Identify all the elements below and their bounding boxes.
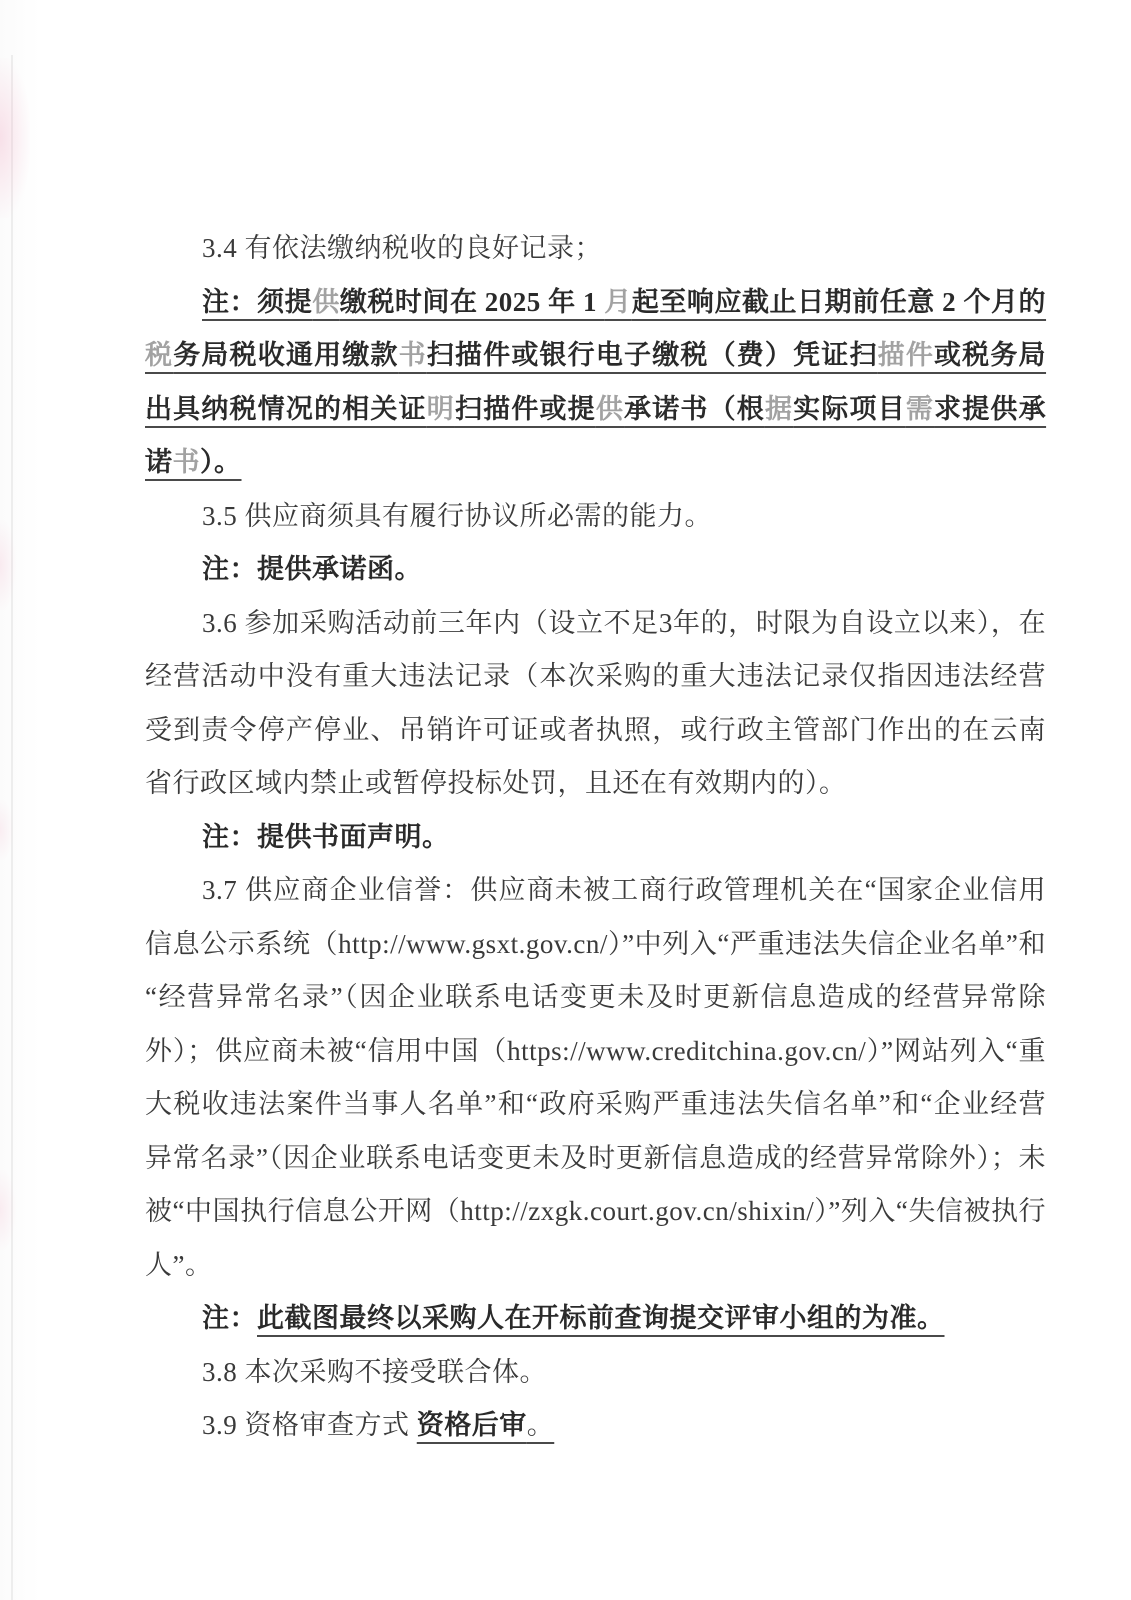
text-segment: 3.9 资格审查方式 [202, 1410, 417, 1440]
text-segment: 需 [906, 394, 934, 424]
text-segment: 供 [312, 287, 340, 317]
text-segment: 扫描件或提 [455, 394, 596, 424]
text-segment: 务局税收通用缴款 [173, 340, 398, 370]
text-segment: 书 [399, 340, 427, 370]
text-segment: 缴税时间在 2025 年 1 [340, 287, 604, 317]
text-segment: 注：提供书面声明。 [202, 822, 450, 852]
text-segment: ）。 [200, 447, 242, 477]
text-segment: 此截图最终以采购人在开标前查询提交评审小组的为准。 [257, 1303, 945, 1333]
text-segment: 3.4 有依法缴纳税收的良好记录； [202, 233, 602, 263]
scan-smudge [0, 58, 30, 218]
text-segment: 注： [202, 1303, 257, 1333]
clause-3-5: 3.5 供应商须具有履行协议所必需的能力。 [145, 490, 1046, 544]
note-tax-payment-proof: 注：须提供缴税时间在 2025 年 1 月起至响应截止日期前任意 2 个月的税务… [145, 276, 1046, 490]
text-segment: 注：提供承诺函。 [202, 554, 422, 584]
note-written-statement: 注：提供书面声明。 [145, 811, 1046, 865]
text-segment: 月 [604, 287, 632, 317]
text-segment: 明 [427, 394, 455, 424]
text-segment: 书 [173, 447, 201, 477]
scan-smudge [0, 1170, 16, 1250]
text-segment: 注：须提 [202, 287, 312, 317]
text-segment: 实际项目 [793, 394, 906, 424]
clause-3-7: 3.7 供应商企业信誉：供应商未被工商行政管理机关在“国家企业信用信息公示系统（… [145, 864, 1046, 1292]
clause-3-4: 3.4 有依法缴纳税收的良好记录； [145, 222, 1046, 276]
text-segment: 起至响应截止日期前任意 2 个月的 [632, 287, 1046, 317]
clause-3-8: 3.8 本次采购不接受联合体。 [145, 1346, 1046, 1400]
clause-3-6: 3.6 参加采购活动前三年内（设立不足3年的，时限为自设立以来），在经营活动中没… [145, 597, 1046, 811]
text-segment: 描件 [878, 340, 934, 370]
scanned-page: 3.4 有依法缴纳税收的良好记录；注：须提供缴税时间在 2025 年 1 月起至… [0, 0, 1131, 1600]
text-segment: 扫描件或银行电子缴税（费）凭证扫 [427, 340, 878, 370]
text-segment: 据 [765, 394, 793, 424]
scan-smudge [0, 520, 16, 610]
document-body: 3.4 有依法缴纳税收的良好记录；注：须提供缴税时间在 2025 年 1 月起至… [145, 222, 1046, 1453]
text-segment: 供 [596, 394, 624, 424]
text-segment: 3.8 本次采购不接受联合体。 [202, 1357, 547, 1387]
clause-3-9: 3.9 资格审查方式 资格后审。 [145, 1399, 1046, 1453]
scan-edge-line [11, 55, 13, 1600]
text-segment: 税 [145, 340, 173, 370]
note-screenshot-verification: 注：此截图最终以采购人在开标前查询提交评审小组的为准。 [145, 1292, 1046, 1346]
text-segment: 3.7 供应商企业信誉：供应商未被工商行政管理机关在“国家企业信用信息公示系统（… [145, 875, 1046, 1280]
text-segment: 3.5 供应商须具有履行协议所必需的能力。 [202, 501, 712, 531]
text-segment: 资格后审 [417, 1410, 527, 1440]
note-commitment-letter: 注：提供承诺函。 [145, 543, 1046, 597]
text-segment: 承诺书（根 [624, 394, 765, 424]
text-segment: 。 [527, 1410, 555, 1440]
text-segment: 3.6 参加采购活动前三年内（设立不足3年的，时限为自设立以来），在经营活动中没… [145, 608, 1046, 799]
